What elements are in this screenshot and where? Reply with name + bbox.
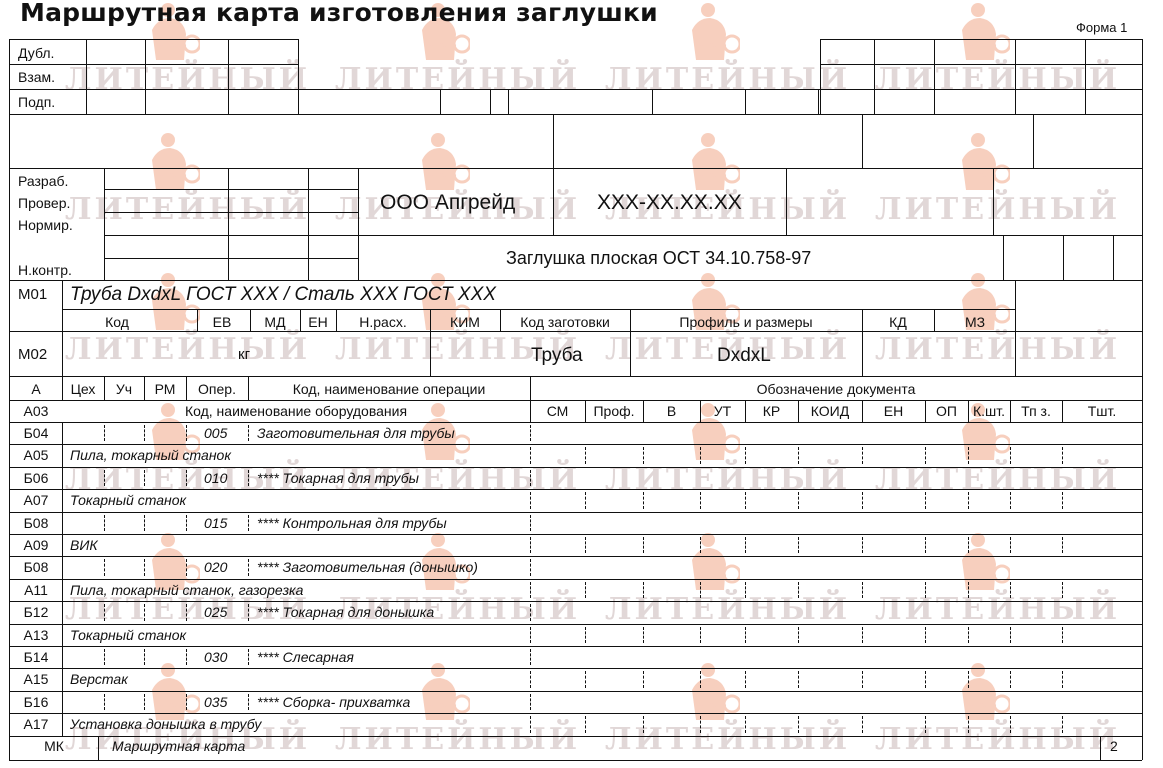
- grid-line: [818, 89, 819, 114]
- grid-line: [62, 422, 63, 736]
- grid-line: [228, 168, 229, 280]
- row-code: Б04: [10, 424, 62, 442]
- grid-line: [9, 668, 1142, 669]
- row-code: Б16: [10, 693, 62, 711]
- grid-line: [745, 582, 746, 598]
- grid-line: [925, 447, 926, 464]
- grid-line: [104, 168, 105, 280]
- grid-line: [9, 444, 1142, 445]
- grid-line: [643, 716, 644, 733]
- grid-line: [1062, 447, 1063, 464]
- row-code: Б14: [10, 648, 62, 666]
- eq-header-col: УТ: [700, 402, 745, 420]
- row-equipment-name: Верстак: [70, 670, 128, 688]
- grid-line: [820, 64, 1142, 65]
- m01-material: Труба DxdxL ГОСТ XXX / Сталь XXX ГОСТ XX…: [70, 283, 496, 307]
- foundry-worker-icon: [950, 130, 1010, 200]
- grid-line: [9, 601, 1142, 602]
- grid-line: [700, 716, 701, 733]
- grid-line: [9, 39, 298, 40]
- row-oper-number: 015: [204, 514, 227, 532]
- watermark-text: ЛИТЕЙНЫЙ: [65, 192, 310, 227]
- signature-nkontr-label: Н.контр.: [18, 261, 72, 279]
- grid-line: [934, 39, 935, 114]
- row-code: А13: [10, 626, 62, 644]
- grid-line: [745, 89, 746, 114]
- grid-line: [862, 627, 863, 643]
- grid-line: [9, 168, 1142, 169]
- grid-line: [248, 515, 249, 531]
- m02-unit: кг: [238, 346, 250, 364]
- foundry-worker-icon: [950, 530, 1010, 600]
- watermark-text: ЛИТЕЙНЫЙ: [605, 722, 850, 757]
- grid-line: [308, 168, 309, 280]
- eq-header-a: А03: [10, 402, 62, 420]
- grid-line: [186, 559, 187, 576]
- grid-line: [9, 646, 1142, 647]
- grid-line: [968, 447, 969, 464]
- grid-line: [104, 559, 105, 576]
- header-nrash: Н.расх.: [336, 313, 430, 331]
- grid-line: [144, 604, 145, 621]
- footer-name: Маршрутная карта: [112, 737, 245, 755]
- grid-line: [798, 582, 799, 598]
- grid-line: [745, 447, 746, 464]
- grid-line: [643, 447, 644, 464]
- grid-line: [1062, 582, 1063, 598]
- grid-line: [1010, 582, 1011, 598]
- grid-line: [9, 624, 1142, 625]
- grid-line: [490, 89, 491, 114]
- grid-line: [186, 470, 187, 486]
- grid-line: [104, 235, 358, 236]
- grid-line: [1062, 716, 1063, 733]
- grid-line: [700, 537, 701, 553]
- grid-line: [585, 537, 586, 553]
- grid-line: [144, 694, 145, 710]
- header-ev: ЕВ: [197, 313, 247, 331]
- grid-line: [745, 716, 746, 733]
- grid-line: [643, 582, 644, 598]
- grid-line: [104, 470, 105, 486]
- signature-prover-label: Провер.: [18, 194, 70, 212]
- row-code: А09: [10, 536, 62, 554]
- grid-line: [144, 559, 145, 576]
- grid-line: [968, 716, 969, 733]
- grid-line: [9, 691, 1142, 692]
- grid-line: [248, 425, 249, 441]
- row-code: А05: [10, 446, 62, 464]
- watermark-text: ЛИТЕЙНЫЙ: [65, 332, 310, 367]
- grid-line: [248, 694, 249, 710]
- row-code: А07: [10, 491, 62, 509]
- foundry-worker-icon: [950, 0, 1010, 70]
- row-code: А15: [10, 670, 62, 688]
- row-operation-name: **** Сборка- прихватка: [257, 693, 410, 711]
- grid-line: [9, 331, 1142, 332]
- grid-line: [968, 537, 969, 553]
- grid-line: [1113, 235, 1114, 280]
- grid-line: [1142, 39, 1143, 760]
- grid-line: [104, 258, 358, 259]
- watermark-text: ЛИТЕЙНЫЙ: [605, 62, 850, 97]
- grid-line: [786, 168, 787, 235]
- grid-line: [358, 235, 1142, 236]
- grid-line: [9, 400, 1142, 401]
- m02-profile: DxdxL: [717, 344, 771, 368]
- header-mz: МЗ: [934, 313, 1016, 331]
- grid-line: [862, 114, 863, 168]
- row-operation-name: Заготовительная для трубы: [257, 424, 455, 442]
- header-kod: Код: [62, 313, 172, 331]
- eq-header-col: СМ: [530, 402, 585, 420]
- row-equipment-name: Пила, токарный станок, газорезка: [70, 581, 303, 599]
- grid-line: [104, 212, 358, 213]
- eq-header-col: КР: [745, 402, 798, 420]
- grid-line: [9, 489, 1142, 490]
- eq-header-col: Тп з.: [1010, 402, 1062, 420]
- eq-header-col: КОИД: [798, 402, 862, 420]
- grid-line: [358, 168, 359, 280]
- grid-line: [1062, 627, 1063, 643]
- grid-line: [1010, 671, 1011, 688]
- grid-line: [968, 492, 969, 509]
- part-name: Заглушка плоская ОСТ 34.10.758-97: [506, 247, 811, 269]
- row-operation-name: **** Токарная для трубы: [257, 469, 419, 487]
- grid-line: [530, 649, 531, 665]
- grid-line: [1010, 716, 1011, 733]
- grid-line: [968, 627, 969, 643]
- watermark-text: ЛИТЕЙНЫЙ: [875, 332, 1120, 367]
- grid-line: [553, 114, 554, 168]
- row-code: Б12: [10, 603, 62, 621]
- grid-line: [530, 582, 531, 598]
- grid-line: [798, 671, 799, 688]
- grid-line: [1062, 671, 1063, 688]
- grid-line: [530, 447, 531, 464]
- grid-line: [248, 559, 249, 576]
- grid-line: [9, 89, 298, 90]
- eq-header-col: ОП: [925, 402, 968, 420]
- row-oper-number: 025: [204, 603, 227, 621]
- watermark-text: ЛИТЕЙНЫЙ: [875, 592, 1120, 627]
- grid-line: [862, 716, 863, 733]
- m01-code: М01: [18, 286, 47, 304]
- eq-header-col: Тшт.: [1062, 402, 1142, 420]
- grid-line: [820, 39, 821, 114]
- grid-line: [9, 556, 1142, 557]
- grid-line: [104, 515, 105, 531]
- grid-line: [745, 671, 746, 688]
- grid-line: [104, 694, 105, 710]
- grid-line: [700, 447, 701, 464]
- document-code: XXX-XX.XX.XX: [597, 190, 742, 216]
- foundry-worker-icon: [680, 530, 740, 600]
- foundry-worker-icon: [410, 660, 470, 730]
- op-header-uch: Уч: [104, 380, 144, 398]
- row-equipment-name: Установка донышка в трубу: [70, 715, 261, 733]
- grid-line: [9, 422, 1142, 423]
- grid-line: [144, 425, 145, 441]
- row-code: Б06: [10, 469, 62, 487]
- foundry-worker-icon: [680, 0, 740, 70]
- header-kim: КИМ: [430, 313, 500, 331]
- row-equipment-name: Токарный станок: [70, 626, 186, 644]
- grid-line: [1100, 736, 1101, 760]
- grid-line: [530, 425, 531, 441]
- op-header-tseh: Цех: [62, 380, 104, 398]
- grid-line: [248, 604, 249, 621]
- row-code: Б08: [10, 558, 62, 576]
- header-kod-zagotovki: Код заготовки: [500, 313, 630, 331]
- row-oper-number: 035: [204, 693, 227, 711]
- watermark-text: ЛИТЕЙНЫЙ: [335, 722, 580, 757]
- grid-line: [530, 515, 531, 531]
- grid-line: [925, 671, 926, 688]
- grid-line: [745, 537, 746, 553]
- grid-line: [186, 425, 187, 441]
- grid-line: [652, 89, 653, 114]
- grid-line: [9, 280, 1142, 281]
- grid-line: [700, 671, 701, 688]
- grid-line: [1010, 537, 1011, 553]
- row-code: А17: [10, 715, 62, 733]
- grid-line: [1062, 537, 1063, 553]
- row-equipment-name: Токарный станок: [70, 491, 186, 509]
- grid-line: [508, 89, 509, 114]
- grid-line: [186, 604, 187, 621]
- footer-code: МК: [10, 737, 98, 755]
- grid-line: [925, 716, 926, 733]
- grid-line: [925, 492, 926, 509]
- grid-line: [745, 492, 746, 509]
- grid-line: [585, 582, 586, 598]
- row-oper-number: 020: [204, 558, 227, 576]
- watermark-text: ЛИТЕЙНЫЙ: [335, 62, 580, 97]
- grid-line: [186, 515, 187, 531]
- grid-line: [9, 760, 1142, 761]
- grid-line: [745, 627, 746, 643]
- grid-line: [248, 470, 249, 486]
- grid-line: [144, 515, 145, 531]
- grid-line: [530, 671, 531, 688]
- foundry-worker-icon: [680, 660, 740, 730]
- grid-line: [1085, 39, 1086, 114]
- grid-line: [862, 447, 863, 464]
- grid-line: [968, 582, 969, 598]
- grid-line: [643, 537, 644, 553]
- grid-line: [643, 671, 644, 688]
- grid-line: [248, 649, 249, 665]
- watermark-text: ЛИТЕЙНЫЙ: [875, 62, 1120, 97]
- company-name: ООО Апгрейд: [380, 190, 515, 216]
- grid-line: [9, 64, 298, 65]
- row-equipment-name: ВИК: [70, 536, 98, 554]
- grid-line: [798, 492, 799, 509]
- grid-line: [298, 39, 299, 114]
- grid-line: [530, 627, 531, 643]
- page-title: Маршрутная карта изготовления заглушки: [20, 4, 658, 22]
- grid-line: [98, 736, 99, 760]
- grid-line: [862, 671, 863, 688]
- grid-line: [530, 604, 531, 621]
- watermark-text: ЛИТЕЙНЫЙ: [875, 722, 1120, 757]
- grid-line: [530, 470, 531, 486]
- eq-header-col: В: [643, 402, 700, 420]
- row-operation-name: **** Заготовительная (донышко): [257, 558, 478, 576]
- grid-line: [643, 492, 644, 509]
- grid-line: [700, 492, 701, 509]
- header-profile: Профиль и размеры: [630, 313, 862, 331]
- row-operation-name: **** Слесарная: [257, 648, 354, 666]
- grid-line: [585, 492, 586, 509]
- grid-line: [798, 716, 799, 733]
- grid-line: [1010, 492, 1011, 509]
- grid-line: [144, 470, 145, 486]
- grid-line: [585, 716, 586, 733]
- grid-line: [9, 467, 1142, 468]
- grid-line: [925, 537, 926, 553]
- row-operation-name: **** Контрольная для трубы: [257, 514, 447, 532]
- stamp-podp-label: Подп.: [18, 93, 55, 111]
- eq-header-col: ЕН: [862, 402, 925, 420]
- row-code: А11: [10, 581, 62, 599]
- eq-header-label: Код, наименование оборудования: [62, 402, 530, 420]
- op-header-a: А: [10, 380, 62, 398]
- grid-line: [820, 39, 1142, 40]
- grid-line: [1010, 627, 1011, 643]
- grid-line: [874, 39, 875, 114]
- grid-line: [585, 447, 586, 464]
- grid-line: [700, 582, 701, 598]
- header-en: ЕН: [300, 313, 336, 331]
- form-label: Форма 1: [1076, 19, 1127, 37]
- grid-line: [798, 537, 799, 553]
- row-oper-number: 030: [204, 648, 227, 666]
- op-header-rm: РМ: [144, 380, 186, 398]
- op-header-doc: Обозначение документа: [530, 380, 1142, 398]
- grid-line: [104, 425, 105, 441]
- grid-line: [62, 309, 1015, 310]
- grid-line: [145, 39, 146, 114]
- eq-header-col: Проф.: [585, 402, 643, 420]
- grid-line: [993, 168, 994, 235]
- grid-line: [530, 694, 531, 710]
- grid-line: [862, 492, 863, 509]
- row-oper-number: 010: [204, 469, 227, 487]
- grid-line: [862, 582, 863, 598]
- grid-line: [530, 537, 531, 553]
- grid-line: [643, 627, 644, 643]
- grid-line: [440, 89, 441, 114]
- grid-line: [104, 604, 105, 621]
- grid-line: [968, 671, 969, 688]
- watermark-text: ЛИТЕЙНЫЙ: [605, 592, 850, 627]
- grid-line: [862, 537, 863, 553]
- grid-line: [104, 189, 358, 190]
- foundry-worker-icon: [950, 660, 1010, 730]
- row-oper-number: 005: [204, 424, 227, 442]
- grid-line: [925, 627, 926, 643]
- grid-line: [553, 168, 554, 235]
- header-md: МД: [250, 313, 300, 331]
- grid-line: [9, 713, 1142, 714]
- signature-normir-label: Нормир.: [18, 216, 73, 234]
- grid-line: [798, 447, 799, 464]
- grid-line: [798, 627, 799, 643]
- eq-header-col: К.шт.: [968, 402, 1010, 420]
- grid-line: [925, 582, 926, 598]
- row-equipment-name: Пила, токарный станок: [70, 446, 231, 464]
- watermark-text: ЛИТЕЙНЫЙ: [875, 192, 1120, 227]
- grid-line: [700, 627, 701, 643]
- grid-line: [1015, 39, 1016, 114]
- op-header-oper: Опер.: [186, 380, 248, 398]
- grid-line: [530, 492, 531, 509]
- grid-line: [1010, 447, 1011, 464]
- op-header-name: Код, наименование операции: [248, 380, 530, 398]
- grid-line: [9, 534, 1142, 535]
- stamp-vzam-label: Взам.: [18, 68, 55, 86]
- page-number: 2: [1110, 737, 1118, 755]
- row-operation-name: **** Токарная для донышка: [257, 603, 434, 621]
- watermark-text: ЛИТЕЙНЫЙ: [65, 62, 310, 97]
- grid-line: [1063, 235, 1064, 280]
- grid-line: [9, 512, 1142, 513]
- grid-line: [9, 579, 1142, 580]
- grid-line: [144, 649, 145, 665]
- signature-razrab-label: Разраб.: [18, 172, 68, 190]
- grid-line: [228, 39, 229, 114]
- grid-line: [1062, 492, 1063, 509]
- row-code: Б08: [10, 514, 62, 532]
- grid-line: [1003, 235, 1004, 280]
- grid-line: [186, 649, 187, 665]
- header-kd: КД: [862, 313, 934, 331]
- grid-line: [585, 627, 586, 643]
- grid-line: [104, 649, 105, 665]
- grid-line: [530, 716, 531, 733]
- grid-line: [9, 114, 1142, 115]
- grid-line: [585, 671, 586, 688]
- m02-blank-code: Труба: [531, 344, 583, 368]
- m02-code: М02: [18, 346, 47, 364]
- grid-line: [530, 559, 531, 576]
- grid-line: [9, 376, 1142, 377]
- stamp-dubl-label: Дубл.: [18, 44, 54, 62]
- grid-line: [1033, 114, 1034, 168]
- grid-line: [186, 694, 187, 710]
- grid-line: [86, 39, 87, 114]
